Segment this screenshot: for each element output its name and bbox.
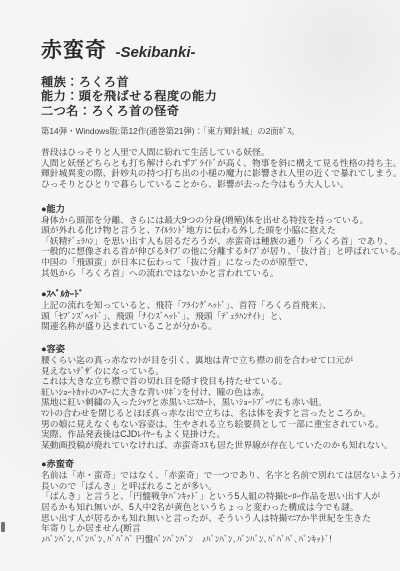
text-line: 其処から「ろくろ首」への流れではないかと言われている。 [41,268,371,279]
section-spellcard: ●ｽﾍﾟﾙｶｰﾄﾞ 上記の流れを知っていると、飛符「ﾌﾗｲﾝｸﾞﾍｯﾄﾞ」、首符… [41,289,371,332]
section-appearance-heading: ●容姿 [41,344,371,355]
text-line: 頭「ｾﾌﾞﾝｽﾞﾍｯﾄﾞ」、飛頭「ﾅｲﾝｽﾞﾍｯﾄﾞ」、飛頭「ﾃﾞｭﾗﾊﾝﾅｲﾄ… [41,311,371,322]
text-line: 中国の「飛頭蛮」が日本に伝わって「抜け首」になったのが原型で、 [41,257,371,268]
intro-paragraph: 普段はひっそりと人里で人間に紛れて生活している妖怪。人間と妖怪どちらとも打ち解け… [41,147,371,189]
section-name-trivia: ●赤蛮奇 名前は「赤・蛮奇」ではなく、「赤蛮奇」で一つであり、名字と名前で別れて… [41,459,371,544]
profile-ability: 能力：頭を飛ばせる程度の能力 [41,89,371,103]
section-ability-body: 身体から頭部を分離、さらには最大9つの分身(増殖)体を出せる特技を持っている。頭… [41,215,371,279]
text-line: 名前は「赤・蛮奇」ではなく、「赤蛮奇」で一つであり、名字と名前で別れては居ないよ… [41,470,371,481]
section-ability: ●能力 身体から頭部を分離、さらには最大9つの分身(増殖)体を出せる特技を持って… [41,204,371,279]
section-appearance: ●容姿 腰くらい迄の真っ赤なﾏﾝﾄが目を引く、裏地は青で立ち襟の前を合わせて口元… [41,344,371,450]
text-line: 見えないﾃﾞｻﾞｲﾝになっている。 [41,366,371,377]
text-line: 「ばんき」と言うと、「円盤戦争ﾊﾞﾝｷｯﾄﾞ」という5人組の特撮ﾋｰﾛｰ作品を思… [41,491,371,502]
page-content: 赤蛮奇 -Sekibanki- 種族：ろくろ首 能力：頭を飛ばせる程度の能力 二… [41,34,371,544]
text-line: 長いので「ばんき」と呼ばれることが多い。 [41,481,371,492]
text-line: 思い出す人が居るかも知れ無いと言ったが、そういう人は特撮ﾏﾆｱか半世紀を生きた [41,513,371,524]
text-line: 普段はひっそりと人里で人間に紛れて生活している妖怪。 [41,147,371,158]
character-title-row: 赤蛮奇 -Sekibanki- [41,34,371,64]
section-name-trivia-body: 名前は「赤・蛮奇」ではなく、「赤蛮奇」で一つであり、名字と名前で別れては居ないよ… [41,470,371,544]
text-line: ﾏﾝﾄの合わせを閉じるとほぼ真っ赤な出で立ちは、名は体を表すと言ったところか。 [41,408,371,419]
profile-nickname: 二つ名：ろくろ首の怪奇 [41,104,371,118]
section-spellcard-body: 上記の流れを知っていると、飛符「ﾌﾗｲﾝｸﾞﾍｯﾄﾞ」、首符「ろくろ首飛来」、頭… [41,300,371,332]
text-line: 実際、作品発表後はCJDﾚｲﾔｰもよく見掛けた。 [41,429,371,440]
scan-edge-artifact [1,522,5,532]
section-spellcard-heading: ●ｽﾍﾟﾙｶｰﾄﾞ [41,289,371,300]
text-line: ひっそりとひとりで暮らしていることから、影響が去った今はもう大人しい。 [41,179,371,190]
text-line: 上記の流れを知っていると、飛符「ﾌﾗｲﾝｸﾞﾍｯﾄﾞ」、首符「ろくろ首飛来」、 [41,300,371,311]
scanned-doujin-page: 赤蛮奇 -Sekibanki- 種族：ろくろ首 能力：頭を飛ばせる程度の能力 二… [0,0,400,571]
text-line: 関連名称が盛り込まれていることが分かる。 [41,321,371,332]
character-name-romaji: -Sekibanki- [115,44,195,61]
text-line: 輝針城異変の際、針妙丸の持つ打ち出の小槌の魔力に影響され人里の近くで暴れてしまう… [41,168,371,179]
text-line: ♪ﾊﾞﾝﾊﾞﾝ､ﾊﾞﾝﾊﾞﾝ､ﾊﾞﾊﾞﾊﾞ 円盤ﾊﾞﾝﾊﾞﾝﾊﾞﾝ ♪ﾊﾞﾝﾊﾞ… [41,534,371,545]
text-line: 男の娘に見えなくもない容姿は、生やされる立ち絵要員として一部に重宝されている。 [41,419,371,430]
section-name-trivia-heading: ●赤蛮奇 [41,459,371,470]
debut-note: 第14弾・Windows版:第12作(通巻第21弾)：「東方輝針城」の2面ﾎﾞｽ… [41,126,371,136]
section-ability-heading: ●能力 [41,204,371,215]
section-appearance-body: 腰くらい迄の真っ赤なﾏﾝﾄが目を引く、裏地は青で立ち襟の前を合わせて口元が見えな… [41,355,371,450]
text-line: 紅いｼｮｰﾄｶｯﾄのﾍｱｰに大きな青いﾘﾎﾞﾝを付け、瞳の色は赤。 [41,387,371,398]
text-line: 人間と妖怪どちらとも打ち解けられずﾌﾟﾗｲﾄﾞが高く、物事を斜に構えて見る性格の… [41,158,371,169]
text-line: 居るかも知れ無いが、5人中2名が黄色というちょっと変わった構成は今でも謎。 [41,502,371,513]
text-line: 年寄りしか居ません(断言 [41,523,371,534]
text-line: これは大きな立ち襟で首の切れ目を隠す役目も持たせている。 [41,376,371,387]
text-line: 「妖精ﾃﾞｭﾗﾊﾝ」を思い出す人も居るだろうが、赤蛮奇は種族の通り「ろくろ首」で… [41,236,371,247]
text-line: 黒地に紅い刺繍の入ったｼｬﾂと赤黒いﾐﾆｽｶｰﾄ、黒いｼｮｰﾄﾌﾞｰﾂにも赤い紐… [41,397,371,408]
text-line: 一般的に想像される首が伸びるﾀｲﾌﾟの他に分離するﾀｲﾌﾟが居り、「抜け首」と呼… [41,246,371,257]
character-name-kanji: 赤蛮奇 [41,39,107,62]
text-line: 頭が外れる化け物と言うと、ｱｲﾙﾗﾝﾄﾞ地方に伝わる外した頭を小脇に抱えた [41,225,371,236]
text-line: 身体から頭部を分離、さらには最大9つの分身(増殖)体を出せる特技を持っている。 [41,215,371,226]
text-line: 腰くらい迄の真っ赤なﾏﾝﾄが目を引く、裏地は青で立ち襟の前を合わせて口元が [41,355,371,366]
character-profile: 種族：ろくろ首 能力：頭を飛ばせる程度の能力 二つ名：ろくろ首の怪奇 [41,75,371,118]
profile-species: 種族：ろくろ首 [41,75,371,89]
text-line: 某動画投稿が廃れていなければ、赤蛮奇ｺｽも居た世界線が存在していたのかも知れない… [41,440,371,451]
